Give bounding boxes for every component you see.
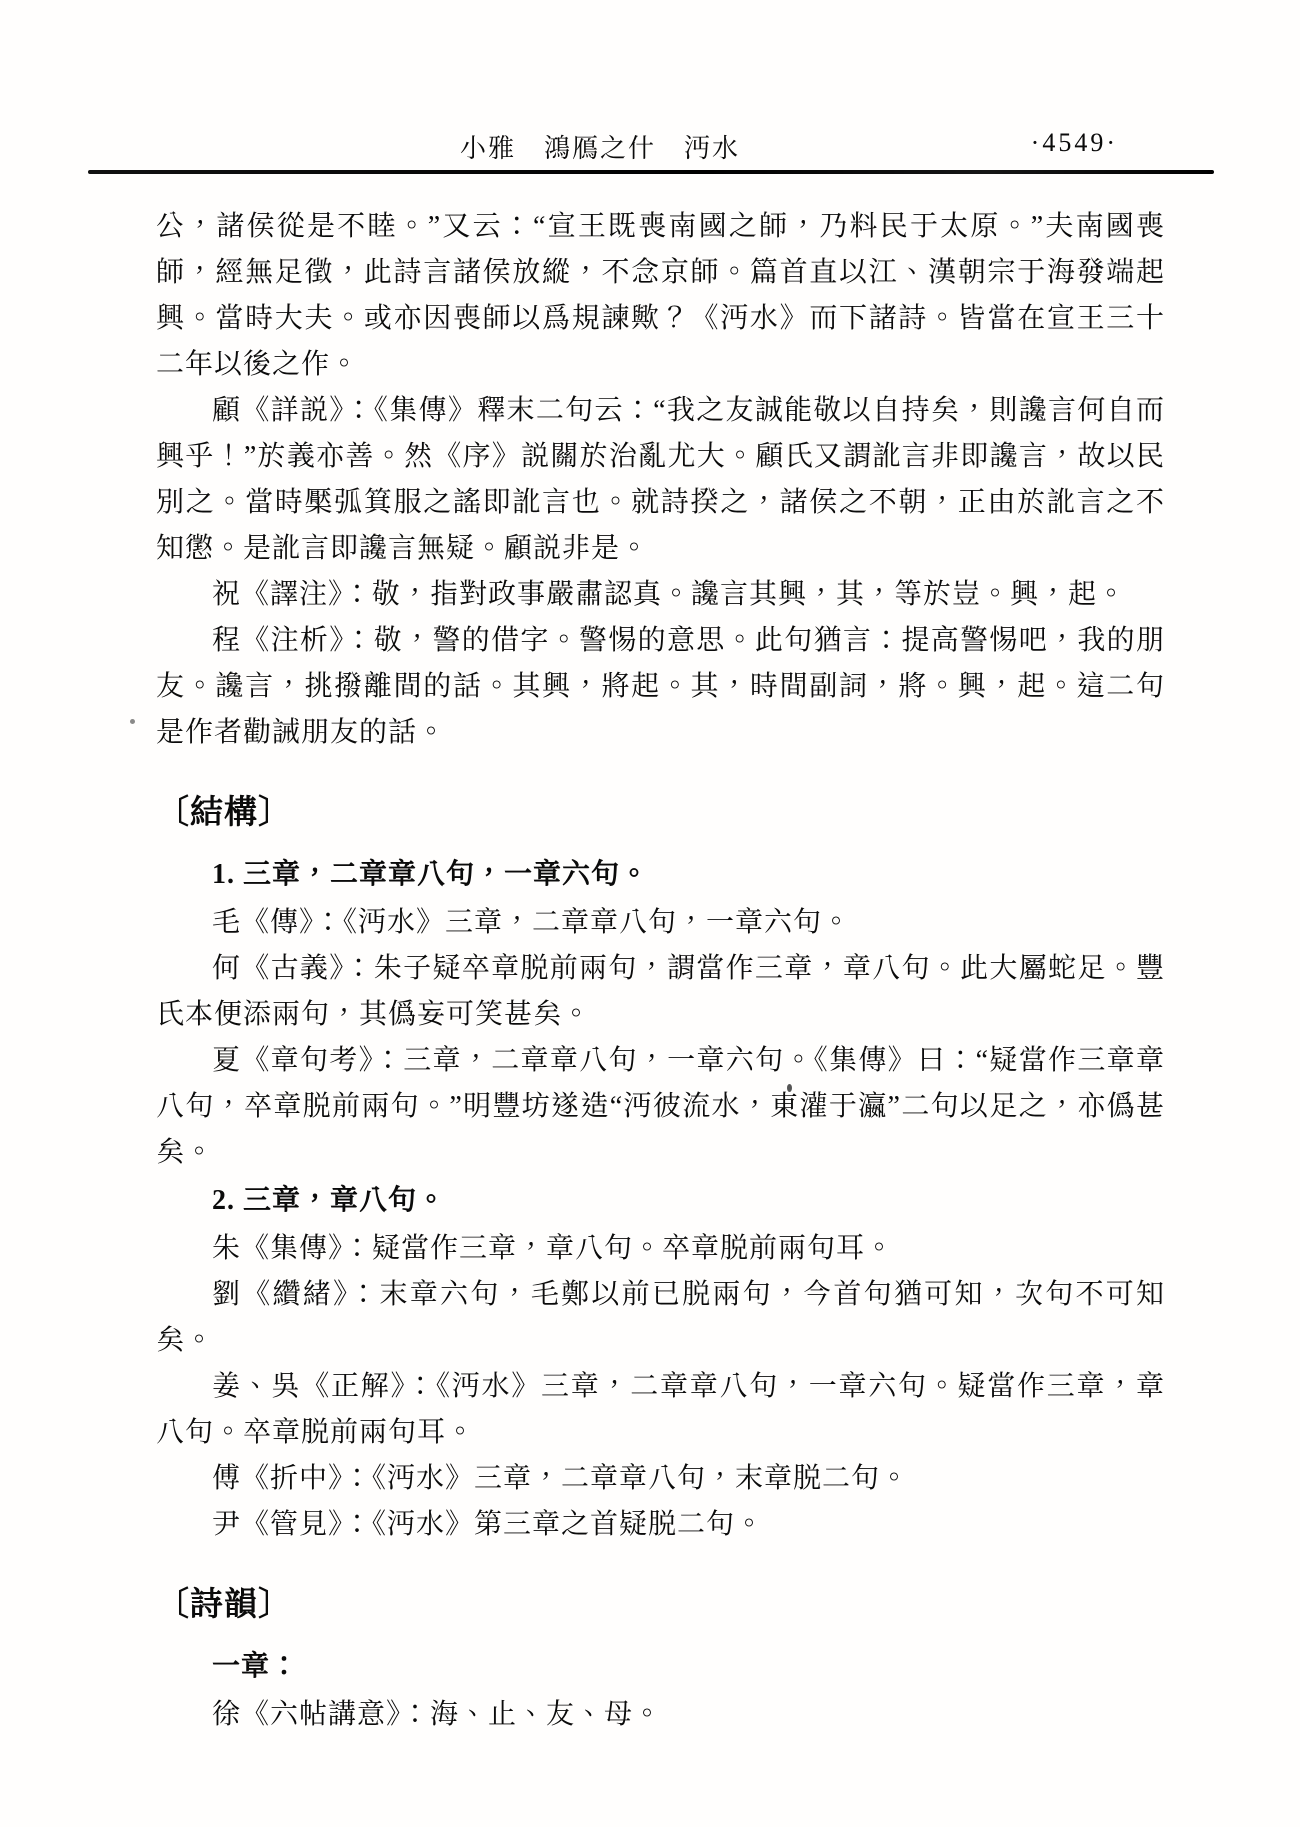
paragraph: 顧《詳説》：《集傳》釋末二句云：“我之友誠能敬以自持矣，則讒言何自而興乎！”於義…	[156, 388, 1165, 572]
paragraph: 何《古義》：朱子疑卒章脱前兩句，謂當作三章，章八句。此大屬蛇足。豐氏本便添兩句，…	[156, 946, 1165, 1038]
paragraph: 公，諸侯從是不睦。”又云：“宣王既喪南國之師，乃料民于太原。”夫南國喪師，經無足…	[156, 204, 1165, 388]
paragraph: 劉《纘緒》：末章六句，毛鄭以前已脱兩句，今首句猶可知，次句不可知矣。	[156, 1272, 1165, 1364]
section-heading: 〔結構〕	[156, 788, 1165, 838]
text-column: 公，諸侯從是不睦。”又云：“宣王既喪南國之師，乃料民于太原。”夫南國喪師，經無足…	[156, 204, 1165, 1738]
paragraph: 傅《折中》：《沔水》三章，二章章八句，末章脱二句。	[156, 1456, 1165, 1502]
paragraph: 祝《譯注》：敬，指對政事嚴肅認真。讒言其興，其，等於豈。興，起。	[156, 572, 1165, 618]
scan-artifact-dot	[130, 719, 135, 724]
bold-subheading: 2. 三章，章八句。	[156, 1178, 1165, 1224]
paragraph: 毛《傳》：《沔水》三章，二章章八句，一章六句。	[156, 900, 1165, 946]
paragraph: 徐《六帖講意》：海、止、友、母。	[156, 1692, 1165, 1738]
paragraph: 尹《管見》：《沔水》第三章之首疑脱二句。	[156, 1502, 1165, 1548]
paragraph: 朱《集傳》：疑當作三章，章八句。卒章脱前兩句耳。	[156, 1226, 1165, 1272]
chapter-title: 小雅 鴻鴈之什 沔水	[460, 128, 740, 165]
page-number: ·4549·	[1031, 128, 1118, 158]
paragraph: 程《注析》：敬，警的借字。警惕的意思。此句猶言：提高警惕吧，我的朋友。讒言，挑撥…	[156, 618, 1165, 756]
running-header: 小雅 鴻鴈之什 沔水 ·4549·	[0, 128, 1300, 164]
scan-artifact-dot	[787, 1084, 792, 1092]
header-rule	[88, 170, 1214, 174]
bold-subheading: 一章：	[156, 1644, 1165, 1690]
paragraph: 姜、吳《正解》：《沔水》三章，二章章八句，一章六句。疑當作三章，章八句。卒章脱前…	[156, 1364, 1165, 1456]
paragraph: 夏《章句考》：三章，二章章八句，一章六句。《集傳》曰：“疑當作三章章八句，卒章脱…	[156, 1038, 1165, 1176]
section-heading: 〔詩韻〕	[156, 1580, 1165, 1630]
book-page: 小雅 鴻鴈之什 沔水 ·4549· 公，諸侯從是不睦。”又云：“宣王既喪南國之師…	[0, 0, 1300, 1827]
bold-subheading: 1. 三章，二章章八句，一章六句。	[156, 852, 1165, 898]
